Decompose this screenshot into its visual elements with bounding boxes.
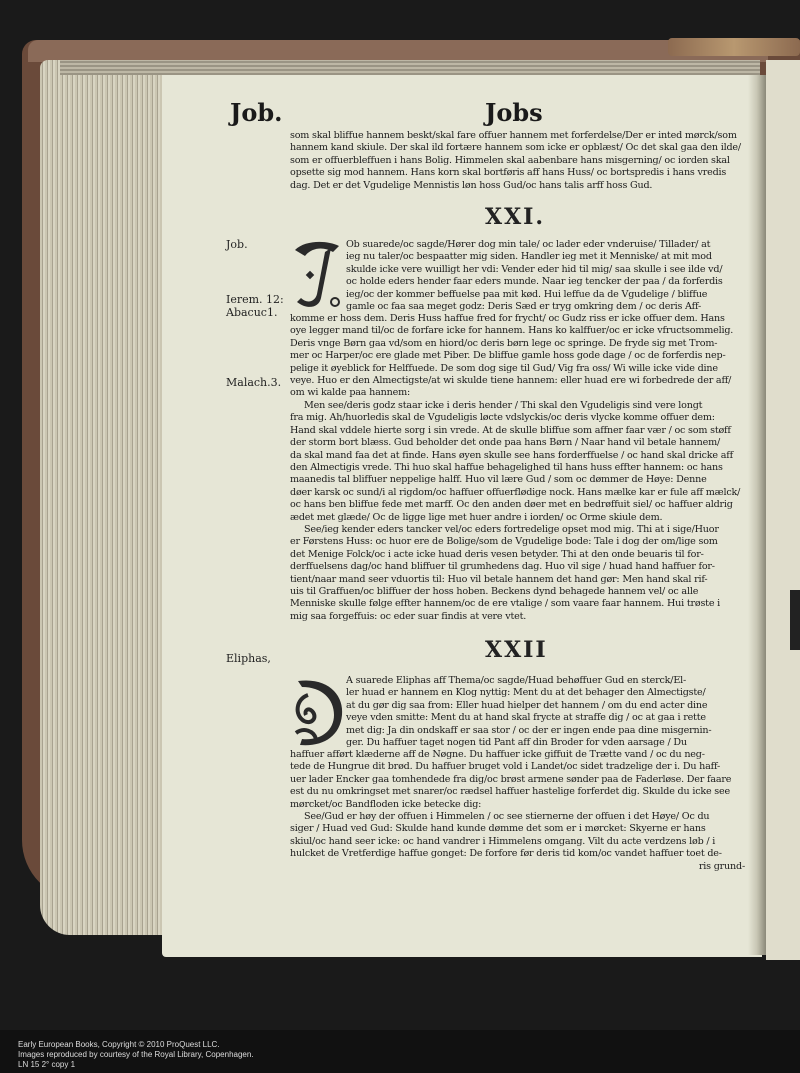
- text-line: mer oc Harper/oc ere glade met Piber. De…: [290, 350, 745, 362]
- margin-note: Eliphas,: [226, 652, 271, 665]
- margin-note: Ierem. 12:: [226, 293, 284, 306]
- text-line: mørcket/oc Bandfloden icke betecke dig:: [290, 799, 745, 811]
- chapter-xxi-paragraph-2: Men see/deris godz staar icke i deris he…: [290, 400, 745, 524]
- text-line: fra mig. Ah/huorledis skal de Vgudeligis…: [290, 412, 745, 424]
- text-line: uer lader Encker gaa tomhendede fra dig/…: [290, 774, 745, 786]
- footer-line: Images reproduced by courtesy of the Roy…: [18, 1050, 254, 1060]
- text-line: ædet met glæde/ Oc de ligge lige met hue…: [290, 512, 745, 524]
- text-line: ler huad er hannem en Klog nyttig: Ment …: [346, 687, 745, 699]
- ornament-icon: [288, 675, 346, 750]
- text-line: tede de Hungrue dit brød. Du haffuer bru…: [290, 761, 745, 773]
- text-line: veye. Huo er den Almectigste/at wi skuld…: [290, 375, 745, 387]
- catchword: ris grund-: [290, 861, 745, 873]
- text-line: siger / Huad ved Gud: Skulde hand kunde …: [290, 823, 745, 835]
- chapter-xxi-paragraph-3: See/ieg kender eders tancker vel/oc eder…: [290, 524, 745, 623]
- text-line: pelige it øyeblick for Helffuede. De som…: [290, 363, 745, 375]
- text-line: veye vden smitte: Ment du at hand skal f…: [346, 712, 745, 724]
- text-line: om wi kalde paa hannem:: [290, 387, 745, 399]
- text-line: A suarede Eliphas aff Thema/oc sagde/Hua…: [346, 675, 745, 687]
- page-stack-top-edges: [60, 60, 760, 75]
- text-line: Menniske skulle følge effter hannem/oc d…: [290, 598, 745, 610]
- facing-page-initial-fragment: [790, 590, 800, 650]
- text-line: haffuer afført klæderne aff de Nøgne. Du…: [290, 749, 745, 761]
- running-head-title: Jobs: [485, 98, 543, 127]
- text-line: derffuelsens dag/oc hand bliffuer til gr…: [290, 561, 745, 573]
- copyright-footer: Early European Books, Copyright © 2010 P…: [18, 1040, 254, 1070]
- text-line: er Førstens Huss: oc huor ere de Bolige/…: [290, 536, 745, 548]
- text-line: der storm bort blæss. Gud beholder det o…: [290, 437, 745, 449]
- book-clasp: [668, 38, 800, 56]
- margin-note: Malach.3.: [226, 376, 281, 389]
- text-line: da skal mand faa det at finde. Hans øyen…: [290, 450, 745, 462]
- text-line: ger. Du haffuer taget nogen tid Pant aff…: [346, 737, 745, 749]
- text-line: skiul/oc hand seer icke: oc hand vandrer…: [290, 836, 745, 848]
- text-line: det Menige Folck/oc i acte icke huad der…: [290, 549, 745, 561]
- text-line: est du nu omkringset met snarer/oc rædse…: [290, 786, 745, 798]
- text-line: dag. Det er det Vgudelige Mennistis løn …: [290, 180, 745, 192]
- text-line: gamle oc faa saa meget godz: Deris Sæd e…: [346, 301, 745, 313]
- text-line: oc holde eders hender faar eders munde. …: [346, 276, 745, 288]
- running-head-left: Job.: [230, 98, 283, 127]
- book-gutter: [748, 75, 766, 955]
- text-line: oc hans ben bliffue fede met marff. Oc d…: [290, 499, 745, 511]
- page-stack-edges: [40, 60, 165, 935]
- text-line: uis til Graffuen/oc bliffuer der hoss ho…: [290, 586, 745, 598]
- text-line: Ob suarede/oc sagde/Hører dog min tale/ …: [346, 239, 745, 251]
- chapter-xxii-paragraph-1-lead: A suarede Eliphas aff Thema/oc sagde/Hua…: [346, 675, 745, 749]
- text-line: den Almectigis vrede. Thi huo skal haffu…: [290, 462, 745, 474]
- ornament-icon: [287, 238, 345, 313]
- text-line: tient/naar mand seer vduortis til: Huo v…: [290, 574, 745, 586]
- chapter-heading-xxi: XXI.: [485, 204, 545, 230]
- chapter-xxii-paragraph-2: See/Gud er høy der offuen i Himmelen / o…: [290, 811, 745, 873]
- decorated-initial-d: [288, 675, 346, 750]
- decorated-initial-j: [287, 238, 345, 313]
- facing-page-edge: [766, 60, 800, 960]
- text-line: met dig: Ja din ondskaff er saa stor / o…: [346, 725, 745, 737]
- book-cover-top-edge: [28, 40, 768, 62]
- chapter-xxi-paragraph-1-lead: Ob suarede/oc sagde/Hører dog min tale/ …: [346, 239, 745, 313]
- text-line: Men see/deris godz staar icke i deris he…: [290, 400, 745, 412]
- text-line: Hand skal vddele hierte sorg i sin vrede…: [290, 425, 745, 437]
- footer-line: Early European Books, Copyright © 2010 P…: [18, 1040, 254, 1050]
- text-line: opsette sig mod hannem. Hans korn skal b…: [290, 167, 745, 179]
- top-paragraph: som skal bliffue hannem beskt/skal fare …: [290, 130, 745, 192]
- text-line: maanedis tal bliffuer neppelige halff. H…: [290, 474, 745, 486]
- text-line: Deris vnge Børn gaa vd/som en hiord/oc d…: [290, 338, 745, 350]
- text-line: mig saa forgeffuis: oc eder suar findis …: [290, 611, 745, 623]
- text-line: komme er hoss dem. Deris Huss haffue fre…: [290, 313, 745, 325]
- text-line: som er offuerbleffuen i hans Bolig. Himm…: [290, 155, 745, 167]
- chapter-xxi-paragraph-1-body: komme er hoss dem. Deris Huss haffue fre…: [290, 313, 745, 400]
- text-line: oye legger mand til/oc de forfare icke f…: [290, 325, 745, 337]
- text-line: døer karsk oc sund/i al rigdom/oc haffue…: [290, 487, 745, 499]
- chapter-xxii-paragraph-1-body: haffuer afført klæderne aff de Nøgne. Du…: [290, 749, 745, 811]
- text-line: hulcket de Vretferdige haffue gonget: De…: [290, 848, 745, 860]
- text-line: ieg nu taler/oc bespaatter mig siden. Ha…: [346, 251, 745, 263]
- text-line: ieg/oc der kommer beffuelse paa mit kød.…: [346, 289, 745, 301]
- margin-note: Abacuc1.: [226, 306, 277, 319]
- text-line: See/ieg kender eders tancker vel/oc eder…: [290, 524, 745, 536]
- text-line: See/Gud er høy der offuen i Himmelen / o…: [290, 811, 745, 823]
- chapter-heading-xxii: XXII: [485, 637, 548, 663]
- text-line: at du gør dig saa from: Eller huad hielp…: [346, 700, 745, 712]
- text-line: hannem kand skiule. Der skal ild fortære…: [290, 142, 745, 154]
- footer-line: LN 15 2° copy 1: [18, 1060, 254, 1070]
- text-line: som skal bliffue hannem beskt/skal fare …: [290, 130, 745, 142]
- text-line: skulde icke vere wuilligt her vdi: Vende…: [346, 264, 745, 276]
- margin-note: Job.: [226, 238, 248, 251]
